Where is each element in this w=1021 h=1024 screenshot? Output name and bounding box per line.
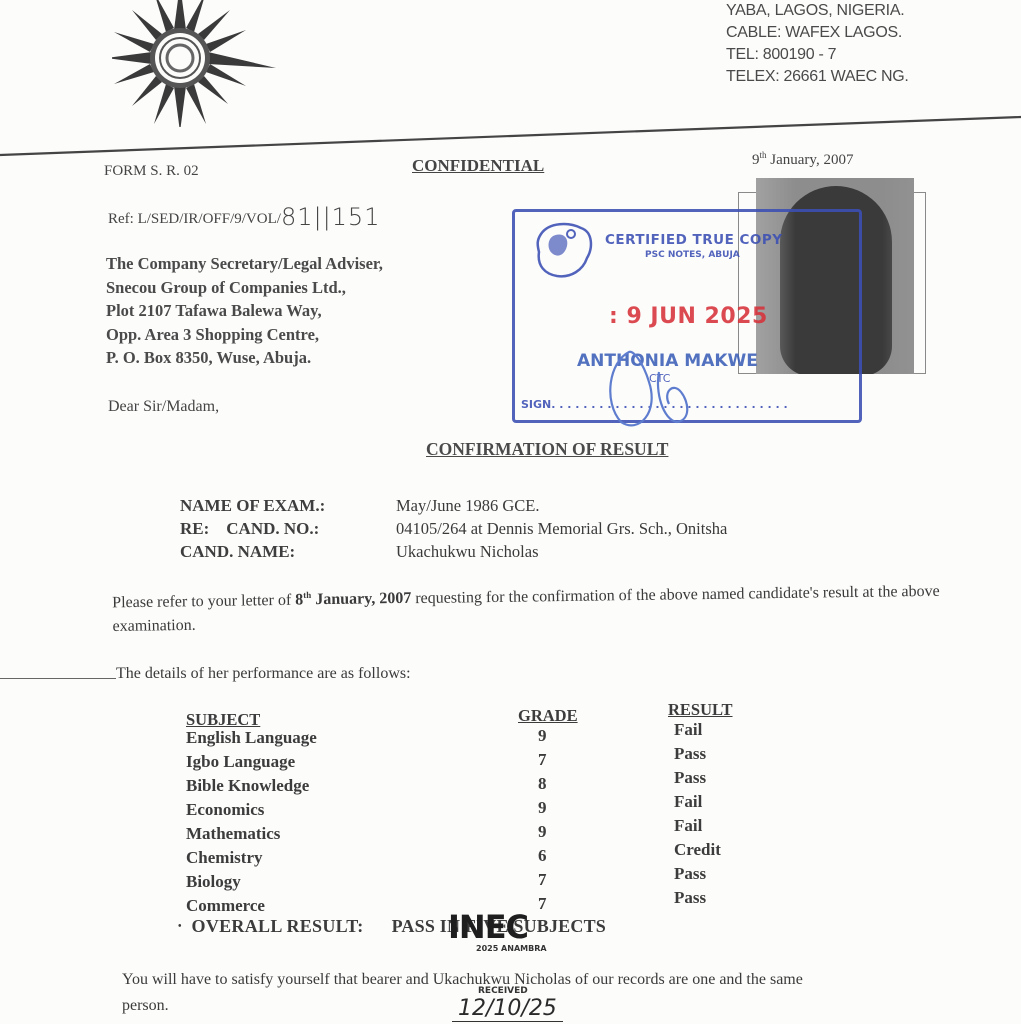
stamp-subtitle: PSC NOTES, ABUJA (645, 250, 740, 260)
header-subject: SUBJECT (186, 710, 260, 730)
overall-result: •OVERALL RESULT:PASS IN FIVE SUBJECTS (178, 916, 606, 937)
address-line: TEL: 800190 - 7 (726, 44, 909, 66)
table-cell-subject: Chemistry (186, 848, 262, 868)
inec-stamp-title: INEC (448, 908, 528, 946)
address-line: CABLE: WAFEX LAGOS. (726, 22, 909, 44)
inec-stamp-subtitle: 2025 ANAMBRA (476, 944, 547, 953)
reference-handwritten: 81||151 (281, 203, 381, 231)
addressee-line: The Company Secretary/Legal Adviser, (106, 252, 383, 276)
closing-line: You will have to satisfy yourself that b… (122, 967, 803, 993)
para-text: Please refer to your letter of (112, 592, 295, 612)
addressee-line: Plot 2107 Tafawa Balewa Way, (106, 299, 383, 323)
closing-line: person. (122, 993, 803, 1019)
detail-value: May/June 1986 GCE. (396, 494, 539, 517)
nigeria-map-icon (535, 220, 595, 282)
margin-line (0, 678, 116, 679)
table-cell-subject: Commerce (186, 896, 265, 916)
table-cell-result: Credit (674, 840, 721, 860)
address-line: YABA, LAGOS, NIGERIA. (726, 0, 909, 22)
table-cell-grade: 7 (538, 894, 547, 914)
table-cell-result: Fail (674, 720, 702, 740)
table-cell-result: Fail (674, 792, 702, 812)
table-cell-result: Pass (674, 744, 706, 764)
overall-label: OVERALL RESULT: (192, 916, 364, 936)
certified-true-copy-stamp: CERTIFIED TRUE COPY PSC NOTES, ABUJA : 9… (512, 209, 862, 423)
performance-intro: The details of her performance are as fo… (116, 665, 411, 683)
table-cell-grade: 9 (538, 822, 547, 842)
table-cell-subject: Biology (186, 872, 241, 892)
addressee-block: The Company Secretary/Legal Adviser, Sne… (106, 252, 383, 370)
date-rest: January, 2007 (767, 152, 854, 168)
detail-row: NAME OF EXAM.:May/June 1986 GCE. (180, 494, 727, 517)
addressee-line: Opp. Area 3 Shopping Centre, (106, 323, 383, 347)
form-number: FORM S. R. 02 (104, 163, 199, 180)
reference-number: Ref: L/SED/IR/OFF/9/VOL/81||151 (108, 203, 380, 231)
detail-value: 04105/264 at Dennis Memorial Grs. Sch., … (396, 517, 727, 540)
document-heading: CONFIRMATION OF RESULT (426, 439, 668, 460)
signature-icon (599, 342, 719, 432)
table-cell-grade: 9 (538, 798, 547, 818)
table-cell-grade: 8 (538, 774, 547, 794)
exam-details: NAME OF EXAM.:May/June 1986 GCE. RE: CAN… (180, 494, 727, 563)
detail-label: CAND. NAME: (180, 540, 396, 563)
header-result: RESULT (668, 700, 733, 720)
detail-row: CAND. NAME:Ukachukwu Nicholas (180, 540, 727, 563)
date-day: 9 (752, 152, 760, 168)
para-date-rest: January, 2007 (311, 590, 411, 608)
table-cell-result: Pass (674, 888, 706, 908)
detail-row: RE: CAND. NO.:04105/264 at Dennis Memori… (180, 517, 727, 540)
header-grade: GRADE (518, 706, 578, 726)
table-cell-grade: 7 (538, 750, 547, 770)
stamp-title: CERTIFIED TRUE COPY (605, 232, 783, 248)
stamp-date: : 9 JUN 2025 (609, 304, 768, 329)
reference-printed: Ref: L/SED/IR/OFF/9/VOL/ (108, 211, 281, 227)
table-cell-subject: English Language (186, 728, 317, 748)
address-line: TELEX: 26661 WAEC NG. (726, 66, 909, 88)
detail-label: RE: CAND. NO.: (180, 517, 396, 540)
table-cell-subject: Bible Knowledge (186, 776, 309, 796)
para-date-day: 8 (295, 592, 303, 609)
table-cell-result: Pass (674, 768, 706, 788)
salutation: Dear Sir/Madam, (108, 398, 219, 416)
closing-paragraph: You will have to satisfy yourself that b… (122, 967, 803, 1019)
letterhead-address: YABA, LAGOS, NIGERIA. CABLE: WAFEX LAGOS… (726, 0, 909, 88)
confidential-label: CONFIDENTIAL (412, 156, 544, 176)
table-cell-result: Pass (674, 864, 706, 884)
table-cell-result: Fail (674, 816, 702, 836)
para-date-suffix: th (303, 590, 311, 600)
table-cell-grade: 6 (538, 846, 547, 866)
table-cell-grade: 7 (538, 870, 547, 890)
detail-value: Ukachukwu Nicholas (396, 540, 539, 563)
sign-label-text: SIGN. (521, 398, 555, 411)
table-cell-subject: Economics (186, 800, 264, 820)
document-date: 9th January, 2007 (752, 150, 853, 169)
bullet-icon: • (178, 921, 182, 932)
detail-label: NAME OF EXAM.: (180, 494, 396, 517)
reference-paragraph: Please refer to your letter of 8th Janua… (112, 574, 973, 639)
date-suffix: th (760, 150, 767, 160)
table-cell-grade: 9 (538, 726, 547, 746)
table-cell-subject: Mathematics (186, 824, 280, 844)
addressee-line: Snecou Group of Companies Ltd., (106, 276, 383, 300)
addressee-line: P. O. Box 8350, Wuse, Abuja. (106, 346, 383, 370)
table-cell-subject: Igbo Language (186, 752, 295, 772)
